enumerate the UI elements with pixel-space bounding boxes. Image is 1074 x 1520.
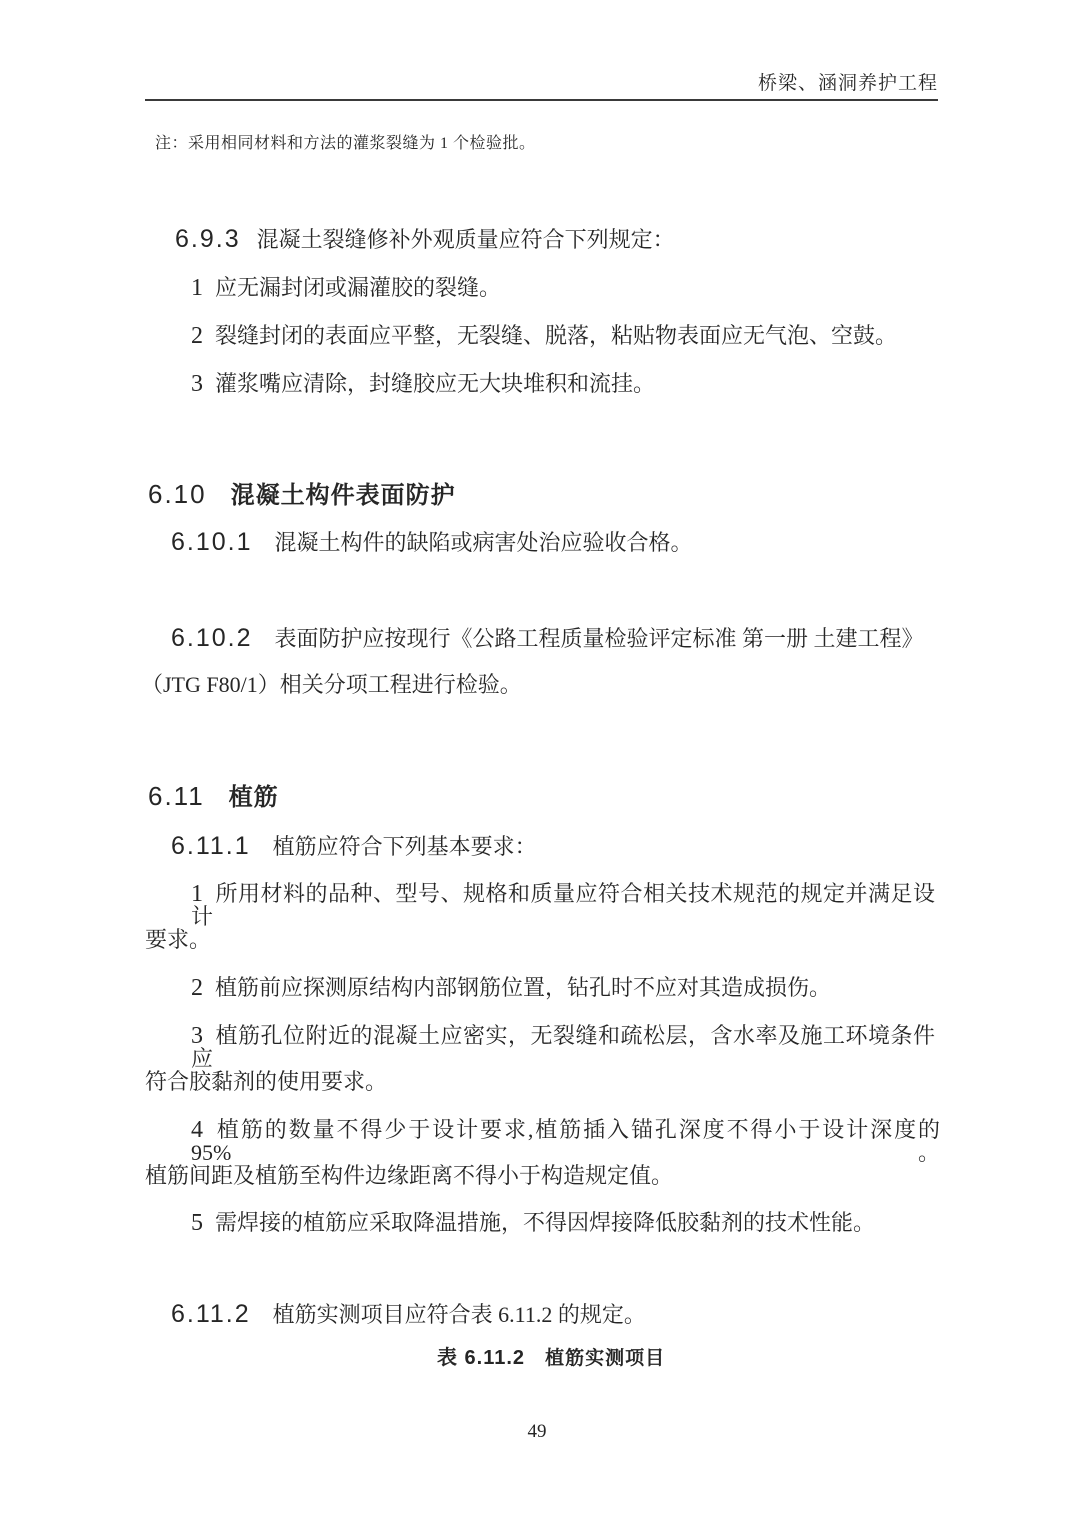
section-heading-6-11: 6.11植筋 <box>148 783 279 810</box>
clause-text: 表面防护应按现行《公路工程质量检验评定标准 第一册 土建工程》 <box>275 626 924 651</box>
item-text: 裂缝封闭的表面应平整，无裂缝、脱落，粘贴物表面应无气泡、空鼓。 <box>215 323 897 348</box>
table-caption: 表 6.11.2植筋实测项目 <box>437 1346 665 1368</box>
clause-6-10-1: 6.10.1混凝土构件的缺陷或病害处治应验收合格。 <box>171 530 693 555</box>
table-caption-title: 植筋实测项目 <box>545 1348 665 1369</box>
list-item-line: 4植筋的数量不得少于设计要求,植筋插入锚孔深度不得小于设计深度的 95%。 <box>191 1118 940 1164</box>
section-number: 6.10 <box>148 479 207 509</box>
clause-number: 6.11.2 <box>171 1300 251 1328</box>
list-item-line: 3植筋孔位附近的混凝土应密实，无裂缝和疏松层，含水率及施工环境条件应 <box>191 1024 935 1070</box>
clause-6-9-3: 6.9.3混凝土裂缝修补外观质量应符合下列规定： <box>175 227 675 252</box>
item-number: 1 <box>191 275 203 301</box>
list-item: 5需焊接的植筋应采取降温措施，不得因焊接降低胶黏剂的技术性能。 <box>191 1211 875 1235</box>
item-text: 灌浆嘴应清除，封缝胶应无大块堆积和流挂。 <box>215 371 655 396</box>
item-text: 需焊接的植筋应采取降温措施，不得因焊接降低胶黏剂的技术性能。 <box>215 1210 875 1235</box>
list-item-line: 1所用材料的品种、型号、规格和质量应符合相关技术规范的规定并满足设计 <box>191 882 935 928</box>
clause-text: 混凝土构件的缺陷或病害处治应验收合格。 <box>275 530 693 555</box>
list-item-line: 符合胶黏剂的使用要求。 <box>145 1071 387 1093</box>
list-item: 2植筋前应探测原结构内部钢筋位置，钻孔时不应对其造成损伤。 <box>191 976 831 1000</box>
header-rule <box>145 99 938 101</box>
list-item-line: 要求。 <box>145 929 211 951</box>
running-header-title: 桥梁、涵洞养护工程 <box>758 74 938 93</box>
clause-text: 植筋应符合下列基本要求： <box>273 834 537 859</box>
item-text: 所用材料的品种、型号、规格和质量应符合相关技术规范的规定并满足设计 <box>191 881 935 929</box>
list-item: 2裂缝封闭的表面应平整，无裂缝、脱落，粘贴物表面应无气泡、空鼓。 <box>191 324 897 348</box>
clause-6-11-1: 6.11.1植筋应符合下列基本要求： <box>171 834 537 859</box>
document-page: 桥梁、涵洞养护工程 注：采用相同材料和方法的灌浆裂缝为 1 个检验批。 6.9.… <box>0 0 1074 1520</box>
clause-text: 植筋实测项目应符合表 6.11.2 的规定。 <box>273 1302 646 1327</box>
clause-text: 混凝土裂缝修补外观质量应符合下列规定： <box>257 227 675 252</box>
section-number: 6.11 <box>148 781 205 811</box>
item-text: 植筋前应探测原结构内部钢筋位置，钻孔时不应对其造成损伤。 <box>215 975 831 1000</box>
item-text: 植筋的数量不得少于设计要求,植筋插入锚孔深度不得小于设计深度的 95%。 <box>191 1117 940 1165</box>
table-caption-label: 表 6.11.2 <box>437 1347 525 1369</box>
clause-number: 6.10.2 <box>171 624 253 652</box>
item-number: 2 <box>191 323 203 349</box>
item-number: 5 <box>191 1210 203 1236</box>
list-item-line: 植筋间距及植筋至构件边缘距离不得小于构造规定值。 <box>145 1165 673 1187</box>
clause-number: 6.10.1 <box>171 528 253 556</box>
section-title: 混凝土构件表面防护 <box>231 482 456 509</box>
page-number: 49 <box>0 1422 1074 1441</box>
section-title: 植筋 <box>229 784 279 811</box>
clause-6-11-2: 6.11.2植筋实测项目应符合表 6.11.2 的规定。 <box>171 1302 646 1327</box>
section-heading-6-10: 6.10混凝土构件表面防护 <box>148 481 456 508</box>
item-number: 3 <box>191 371 203 397</box>
clause-number: 6.11.1 <box>171 832 251 860</box>
item-number: 2 <box>191 975 203 1001</box>
item-text: 应无漏封闭或漏灌胶的裂缝。 <box>215 275 501 300</box>
clause-6-10-2-line2: （JTG F80/1）相关分项工程进行检验。 <box>141 674 522 696</box>
list-item: 3灌浆嘴应清除，封缝胶应无大块堆积和流挂。 <box>191 372 655 396</box>
table-note: 注：采用相同材料和方法的灌浆裂缝为 1 个检验批。 <box>155 136 536 152</box>
list-item: 1应无漏封闭或漏灌胶的裂缝。 <box>191 276 501 300</box>
clause-6-10-2-line1: 6.10.2表面防护应按现行《公路工程质量检验评定标准 第一册 土建工程》 <box>171 626 924 651</box>
item-text: 植筋孔位附近的混凝土应密实，无裂缝和疏松层，含水率及施工环境条件应 <box>191 1023 935 1071</box>
clause-number: 6.9.3 <box>175 225 241 253</box>
